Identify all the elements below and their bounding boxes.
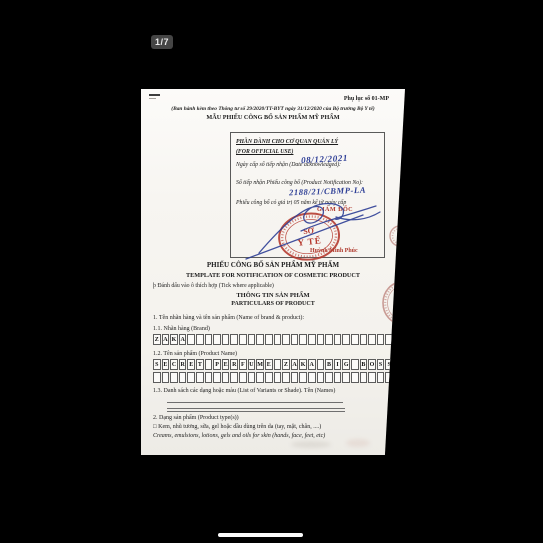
letter-box-cell (282, 334, 290, 345)
letter-box-cell (256, 372, 264, 383)
partial-seal-fragment (379, 281, 425, 327)
letter-box-cell: I (334, 359, 342, 370)
scan-mark (149, 98, 156, 99)
letter-box-cell (291, 334, 299, 345)
letter-box-cell (334, 372, 342, 383)
letter-box-cell: E (162, 359, 170, 370)
letter-box-cell (317, 334, 325, 345)
letter-box-cell (213, 334, 221, 345)
tick-note: þ Đánh dấu vào ô thích hợp (Tick where a… (153, 283, 274, 290)
letter-box-cell (385, 372, 393, 383)
letter-box-cell (230, 334, 238, 345)
letter-box-cell: O (368, 359, 376, 370)
letter-box-cell (239, 372, 247, 383)
letter-box-cell (196, 334, 204, 345)
letter-box-cell (308, 334, 316, 345)
letter-box-cell (153, 372, 161, 383)
letter-box-cell (248, 334, 256, 345)
letter-box-cell: A (162, 334, 170, 345)
letter-box-cell: R (230, 359, 238, 370)
letter-box-cell: S (377, 359, 385, 370)
letter-box-cell: M (256, 359, 264, 370)
letter-box-cell (351, 359, 359, 370)
product-name-label: 1.2. Tên sản phẩm (Product Name) (153, 351, 237, 358)
letter-box-cell: C (170, 359, 178, 370)
letter-box-cell (299, 334, 307, 345)
letter-box-cell (385, 334, 393, 345)
letter-box-cell (360, 372, 368, 383)
official-use-box: PHẦN DÀNH CHO CƠ QUAN QUẢN LÝ (FOR OFFIC… (230, 132, 385, 258)
letter-box-cell: E (222, 359, 230, 370)
photo-viewer-canvas[interactable]: 1/7 Phụ lục số 01-MP (Ban hành kèm theo … (0, 0, 543, 543)
product-type-option-vi: □ Kem, nhũ tương, sữa, gel hoặc dầu dùng… (153, 424, 321, 431)
issued-under-line: (Ban hành kèm theo Thông tư số 29/2020/T… (141, 106, 405, 112)
letter-box-cell: B (325, 359, 333, 370)
letter-box-cell: R (179, 359, 187, 370)
brand-label: 1.1. Nhãn hàng (Brand) (153, 326, 210, 333)
letter-box-cell (377, 334, 385, 345)
letter-box-cell (222, 334, 230, 345)
partial-seal-fragment (385, 224, 415, 254)
letter-box-cell (282, 372, 290, 383)
section2-heading: 2. Dạng sản phẩm (Product type(s)) (153, 415, 239, 422)
letter-box-cell (205, 334, 213, 345)
letter-box-cell (205, 359, 213, 370)
date-acknowledged-value: 08/12/2021 (301, 153, 348, 165)
letter-box-cell (162, 372, 170, 383)
product-letter-boxes-row2 (153, 372, 393, 383)
section-title-vi: THÔNG TIN SẢN PHẨM (141, 292, 405, 299)
official-box-title-en: (FOR OFFICIAL USE) (236, 149, 293, 156)
signer-name: Huỳnh Minh Phúc (310, 248, 358, 254)
variants-label: 1.3. Danh sách các dạng hoặc màu (List o… (153, 388, 335, 395)
blank-answer-line (167, 411, 345, 412)
letter-box-cell: S (385, 359, 393, 370)
letter-box-cell (342, 334, 350, 345)
main-title-vi: PHIẾU CÔNG BỐ SẢN PHẨM MỸ PHẨM (141, 261, 405, 269)
appendix-number: Phụ lục số 01-MP (344, 96, 389, 103)
letter-box-cell (308, 372, 316, 383)
letter-box-cell (274, 359, 282, 370)
letter-box-cell (317, 359, 325, 370)
section1-heading: 1. Tên nhãn hàng và tên sản phẩm (Name o… (153, 315, 304, 322)
letter-box-cell: F (239, 359, 247, 370)
letter-box-cell: Z (153, 334, 161, 345)
letter-box-cell (351, 372, 359, 383)
letter-box-cell (342, 372, 350, 383)
letter-box-cell (196, 372, 204, 383)
product-letter-boxes-row1: SECRETPERFUMEZAKABIGBOSS (153, 359, 393, 370)
letter-box-cell (213, 372, 221, 383)
letter-box-cell: B (360, 359, 368, 370)
letter-box-cell (179, 372, 187, 383)
letter-box-cell (170, 372, 178, 383)
letter-box-cell (274, 372, 282, 383)
letter-box-cell: P (213, 359, 221, 370)
letter-box-cell (265, 334, 273, 345)
letter-box-cell (274, 334, 282, 345)
letter-box-cell (205, 372, 213, 383)
letter-box-cell (377, 372, 385, 383)
letter-box-cell (334, 334, 342, 345)
letter-box-cell: A (291, 359, 299, 370)
blank-answer-line (167, 402, 343, 403)
official-box-title-vi: PHẦN DÀNH CHO CƠ QUAN QUẢN LÝ (236, 139, 338, 146)
letter-box-cell (265, 372, 273, 383)
letter-box-cell (256, 334, 264, 345)
scan-smudge (291, 441, 331, 448)
letter-box-cell (299, 372, 307, 383)
letter-box-cell (368, 334, 376, 345)
letter-box-cell (317, 372, 325, 383)
letter-box-cell (291, 372, 299, 383)
scan-smudge (346, 439, 370, 447)
letter-box-cell: S (153, 359, 161, 370)
letter-box-cell (187, 334, 195, 345)
product-type-option-en: Creams, emulsions, lotions, gels and oil… (153, 433, 325, 440)
main-title-en: TEMPLATE FOR NOTIFICATION OF COSMETIC PR… (141, 272, 405, 279)
brand-letter-boxes: ZAKA (153, 334, 393, 345)
letter-box-cell (325, 372, 333, 383)
page-indicator-badge: 1/7 (151, 35, 173, 49)
letter-box-cell: Z (282, 359, 290, 370)
letter-box-cell: U (248, 359, 256, 370)
letter-box-cell (222, 372, 230, 383)
letter-box-cell (187, 372, 195, 383)
scan-mark (149, 94, 160, 96)
letter-box-cell (239, 334, 247, 345)
blank-answer-line (167, 408, 345, 409)
letter-box-cell: T (196, 359, 204, 370)
letter-box-cell: G (342, 359, 350, 370)
letter-box-cell: K (299, 359, 307, 370)
letter-box-cell: A (179, 334, 187, 345)
letter-box-cell (368, 372, 376, 383)
section-title-en: PARTICULARS OF PRODUCT (141, 301, 405, 307)
document-photo: Phụ lục số 01-MP (Ban hành kèm theo Thôn… (141, 89, 405, 455)
letter-box-cell: K (170, 334, 178, 345)
letter-box-cell: E (265, 359, 273, 370)
letter-box-cell (360, 334, 368, 345)
letter-box-cell: A (308, 359, 316, 370)
letter-box-cell (230, 372, 238, 383)
letter-box-cell: E (187, 359, 195, 370)
letter-box-cell (351, 334, 359, 345)
letter-box-cell (248, 372, 256, 383)
letter-box-cell (325, 334, 333, 345)
home-indicator[interactable] (218, 533, 303, 537)
form-template-title: MẪU PHIẾU CÔNG BỐ SẢN PHẨM MỸ PHẨM (141, 114, 405, 121)
